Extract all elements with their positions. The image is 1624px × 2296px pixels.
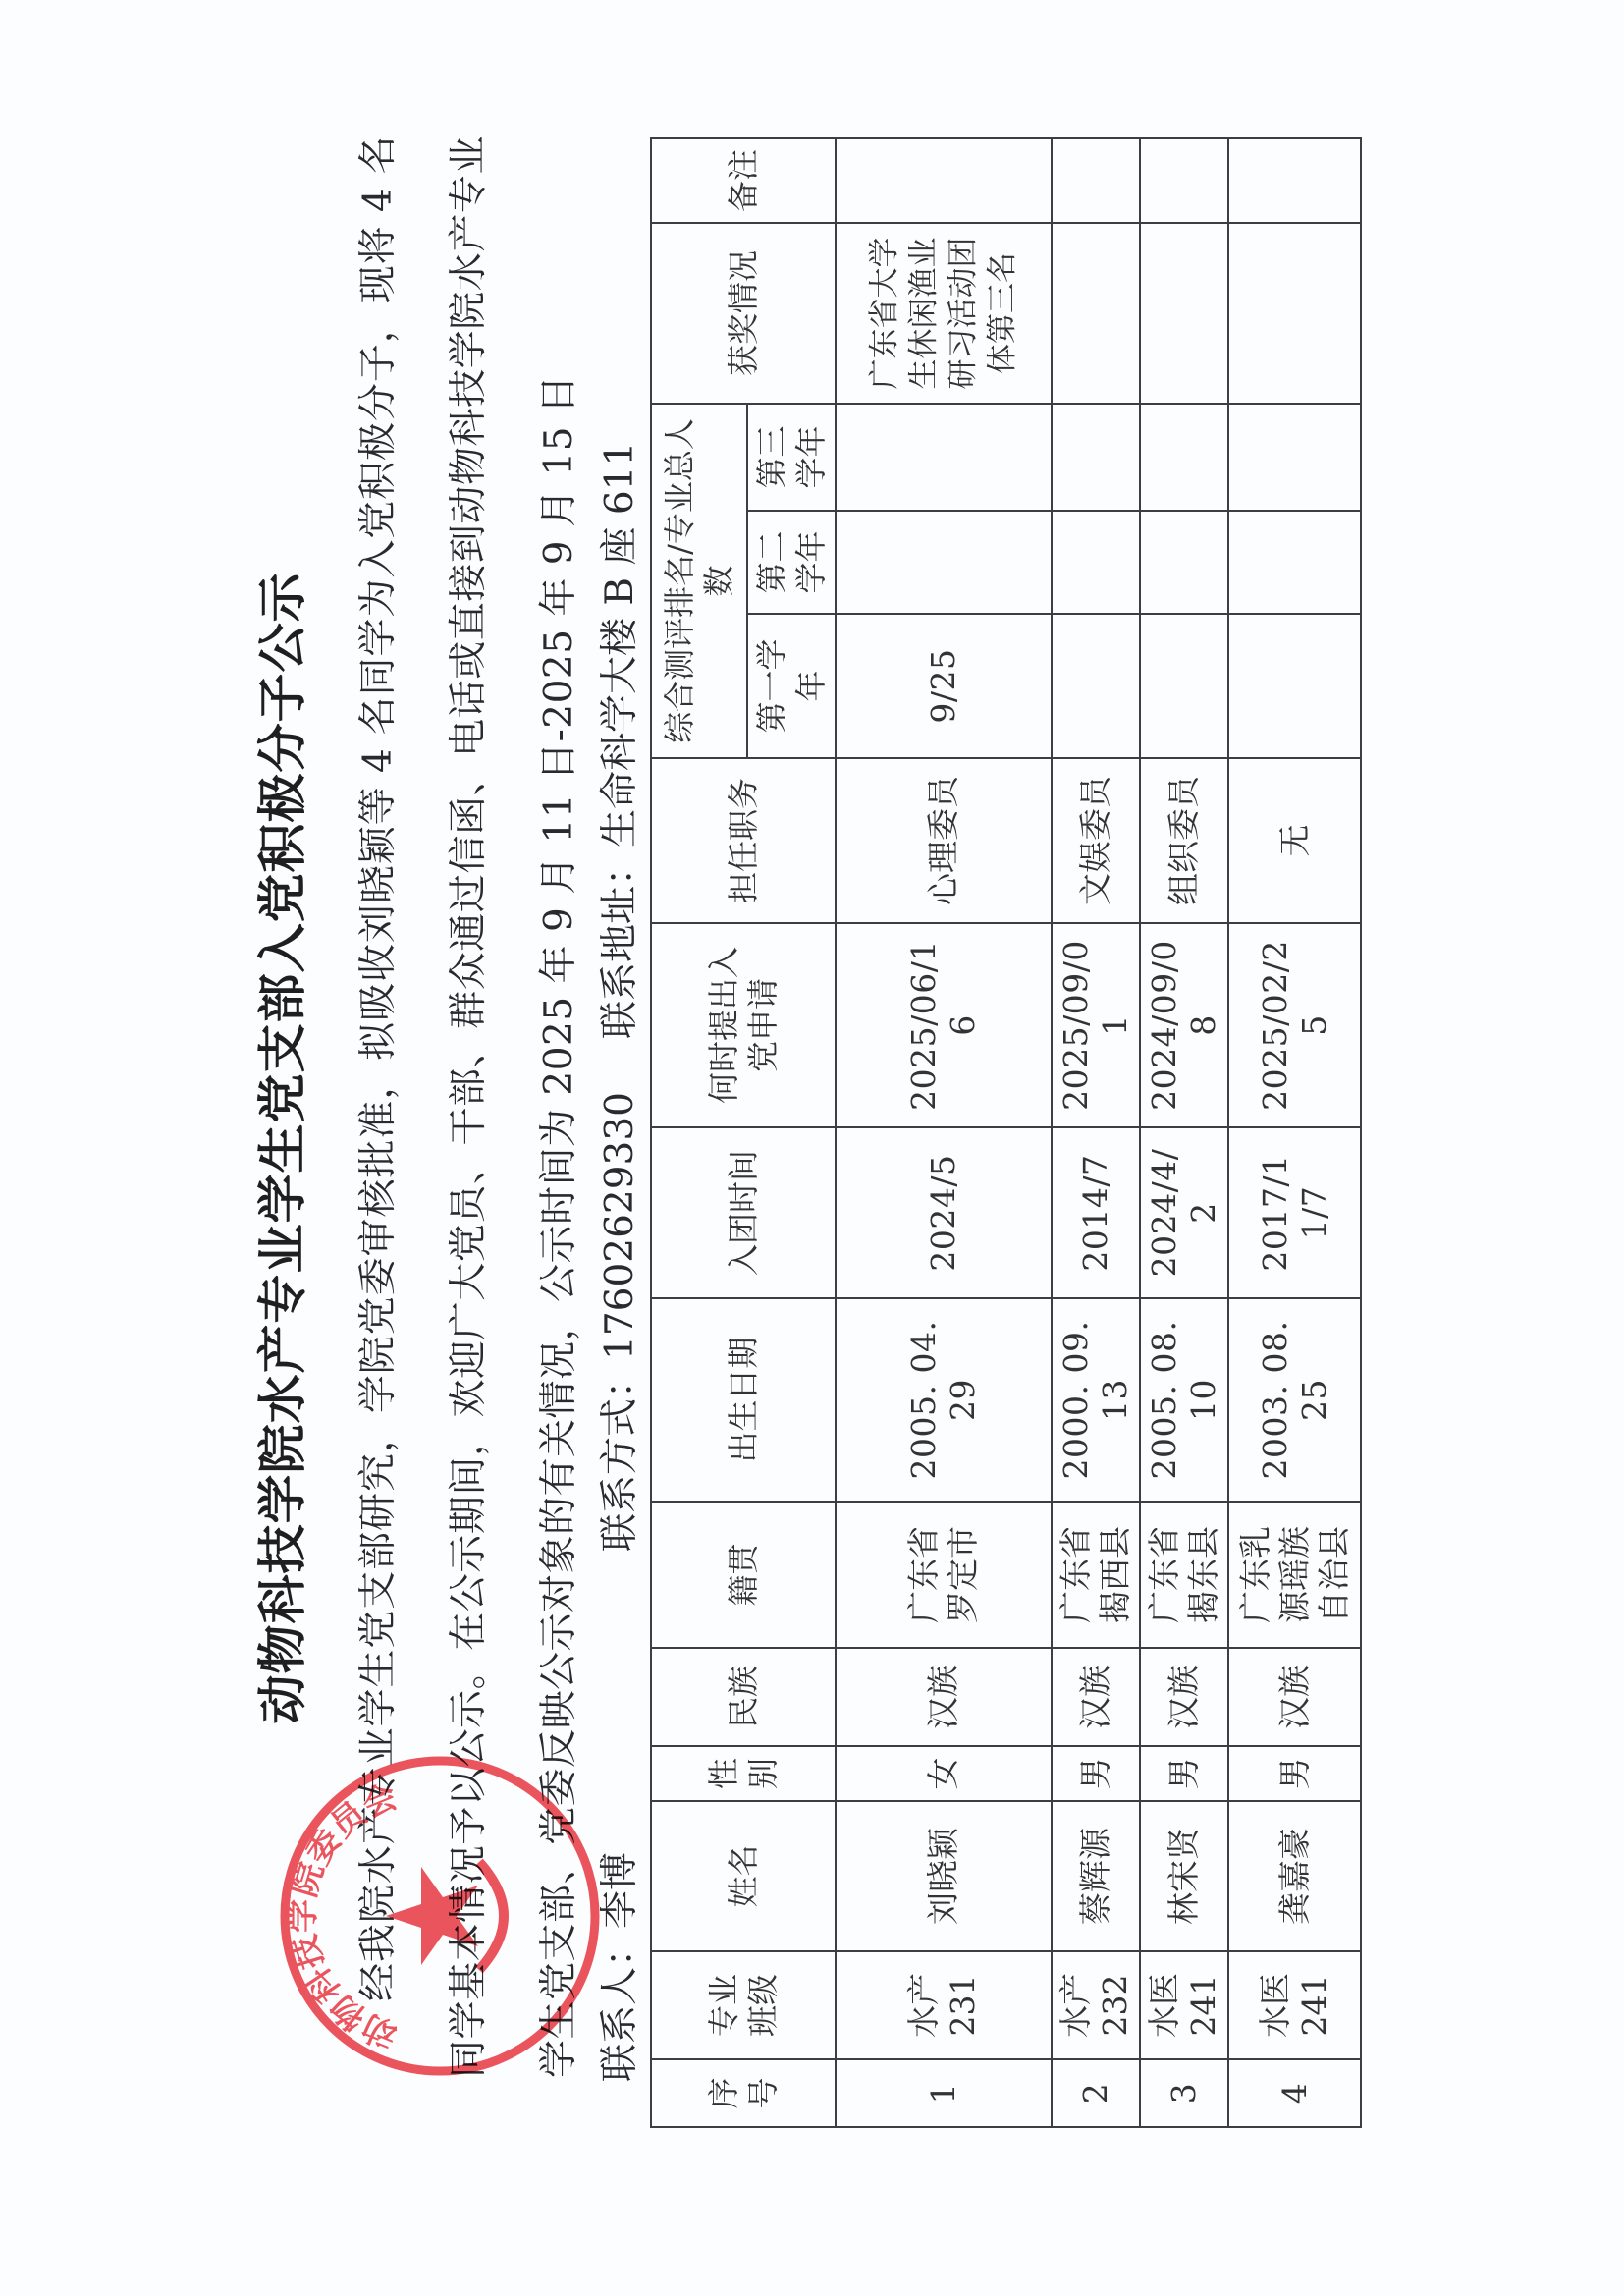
cell-index: 3	[1140, 2059, 1228, 2127]
cell-index: 1	[836, 2059, 1052, 2127]
table-row: 3水医 241林宋贤男汉族广东省揭东县2005. 08. 102024/4/22…	[1140, 138, 1228, 2127]
cell-awards	[1140, 223, 1228, 404]
contact-phone: 联系方式：17602629330	[589, 1092, 644, 1552]
cell-year3	[1228, 404, 1361, 511]
header-name: 姓名	[651, 1801, 836, 1951]
cell-party-application-date: 2025/02/25	[1228, 923, 1361, 1127]
cell-class: 水医 241	[1140, 1951, 1228, 2059]
cell-class: 水产 232	[1052, 1951, 1140, 2059]
cell-league-join-date: 2017/11/7	[1228, 1127, 1361, 1298]
cell-ethnicity: 汉族	[1052, 1648, 1140, 1746]
cell-year2	[1140, 511, 1228, 614]
cell-ethnicity: 汉族	[1140, 1648, 1228, 1746]
cell-party-application-date: 2024/09/08	[1140, 923, 1228, 1127]
cell-remarks	[1140, 138, 1228, 223]
header-awards: 获奖情况	[651, 223, 836, 404]
cell-index: 4	[1228, 2059, 1361, 2127]
header-party-application-date: 何时提出入党申请	[651, 923, 836, 1127]
header-position: 担任职务	[651, 758, 836, 923]
cell-party-application-date: 2025/09/01	[1052, 923, 1140, 1127]
cell-index: 2	[1052, 2059, 1140, 2127]
header-ethnicity: 民族	[651, 1648, 836, 1746]
cell-year3	[1052, 404, 1140, 511]
cell-year1	[1052, 614, 1140, 758]
cell-position: 文娱委员	[1052, 758, 1140, 923]
cell-party-application-date: 2025/06/16	[836, 923, 1052, 1127]
cell-birth-date: 2005. 08. 10	[1140, 1298, 1228, 1502]
cell-birth-date: 2005. 04. 29	[836, 1298, 1052, 1502]
cell-year3	[836, 404, 1052, 511]
cell-ethnicity: 汉族	[1228, 1648, 1361, 1746]
cell-year3	[1140, 404, 1228, 511]
cell-class: 水产 231	[836, 1951, 1052, 2059]
cell-year1: 9/25	[836, 614, 1052, 758]
cell-position: 无	[1228, 758, 1361, 923]
cell-league-join-date: 2024/4/2	[1140, 1127, 1228, 1298]
cell-year1	[1228, 614, 1361, 758]
cell-league-join-date: 2014/7	[1052, 1127, 1140, 1298]
header-gender: 性别	[651, 1746, 836, 1801]
cell-remarks	[1228, 138, 1361, 223]
cell-remarks	[836, 138, 1052, 223]
cell-ethnicity: 汉族	[836, 1648, 1052, 1746]
cell-class: 水医 241	[1228, 1951, 1361, 2059]
contact-person: 联系人：李博	[589, 1852, 644, 2082]
cell-hometown: 广东乳源瑶族自治县	[1228, 1502, 1361, 1648]
header-remarks: 备注	[651, 138, 836, 223]
header-birth-date: 出生日期	[651, 1298, 836, 1502]
table-row: 4水医 241龚嘉豪男汉族广东乳源瑶族自治县2003. 08. 252017/1…	[1228, 138, 1361, 2127]
cell-league-join-date: 2024/5	[836, 1127, 1052, 1298]
cell-gender: 男	[1140, 1746, 1228, 1801]
contact-address: 联系地址：生命科学大楼 B 座 611	[589, 442, 644, 1039]
cell-name: 刘晓颖	[836, 1801, 1052, 1951]
cell-hometown: 广东省揭东县	[1140, 1502, 1228, 1648]
cell-gender: 女	[836, 1746, 1052, 1801]
cell-position: 心理委员	[836, 758, 1052, 923]
page-title: 动物科技学院水产专业学生党支部入党积极分子公示	[244, 0, 314, 2296]
table-row: 2水产 232蔡辉源男汉族广东省揭西县2000. 09. 132014/7202…	[1052, 138, 1140, 2127]
cell-remarks	[1052, 138, 1140, 223]
cell-hometown: 广东省罗定市	[836, 1502, 1052, 1648]
header-ranking-group: 综合测评排名/专业总人数	[651, 404, 747, 758]
header-year3: 第三学年	[747, 404, 836, 511]
cell-awards	[1052, 223, 1140, 404]
scanned-page: 动物科技学院水产专业学生党支部入党积极分子公示 经我院水产专业学生党支部研究，学…	[0, 0, 1624, 2296]
cell-name: 龚嘉豪	[1228, 1801, 1361, 1951]
cell-name: 蔡辉源	[1052, 1801, 1140, 1951]
header-class: 专业班级	[651, 1951, 836, 2059]
cell-birth-date: 2003. 08. 25	[1228, 1298, 1361, 1502]
header-index: 序号	[651, 2059, 836, 2127]
cell-position: 组织委员	[1140, 758, 1228, 923]
cell-awards: 广东省大学生休闲渔业研习活动团体第三名	[836, 223, 1052, 404]
table-row: 1水产 231刘晓颖女汉族广东省罗定市2005. 04. 292024/5202…	[836, 138, 1052, 2127]
cell-year2	[1228, 511, 1361, 614]
header-year2: 第二学年	[747, 511, 836, 614]
header-league-join-date: 入团时间	[651, 1127, 836, 1298]
cell-awards	[1228, 223, 1361, 404]
cell-hometown: 广东省揭西县	[1052, 1502, 1140, 1648]
candidate-table: 序号 专业班级 姓名 性别 民族 籍贯 出生日期 入团时间 何时提出入党申请 担…	[650, 137, 1362, 2128]
announcement-body: 经我院水产专业学生党支部研究，学院党委审核批准，拟吸收刘晓颖等 4 名同学为入党…	[334, 136, 605, 2078]
cell-year2	[836, 511, 1052, 614]
cell-name: 林宋贤	[1140, 1801, 1228, 1951]
cell-gender: 男	[1228, 1746, 1361, 1801]
header-year1: 第一学年	[747, 614, 836, 758]
cell-year1	[1140, 614, 1228, 758]
cell-year2	[1052, 511, 1140, 614]
cell-gender: 男	[1052, 1746, 1140, 1801]
header-hometown: 籍贯	[651, 1502, 836, 1648]
cell-birth-date: 2000. 09. 13	[1052, 1298, 1140, 1502]
